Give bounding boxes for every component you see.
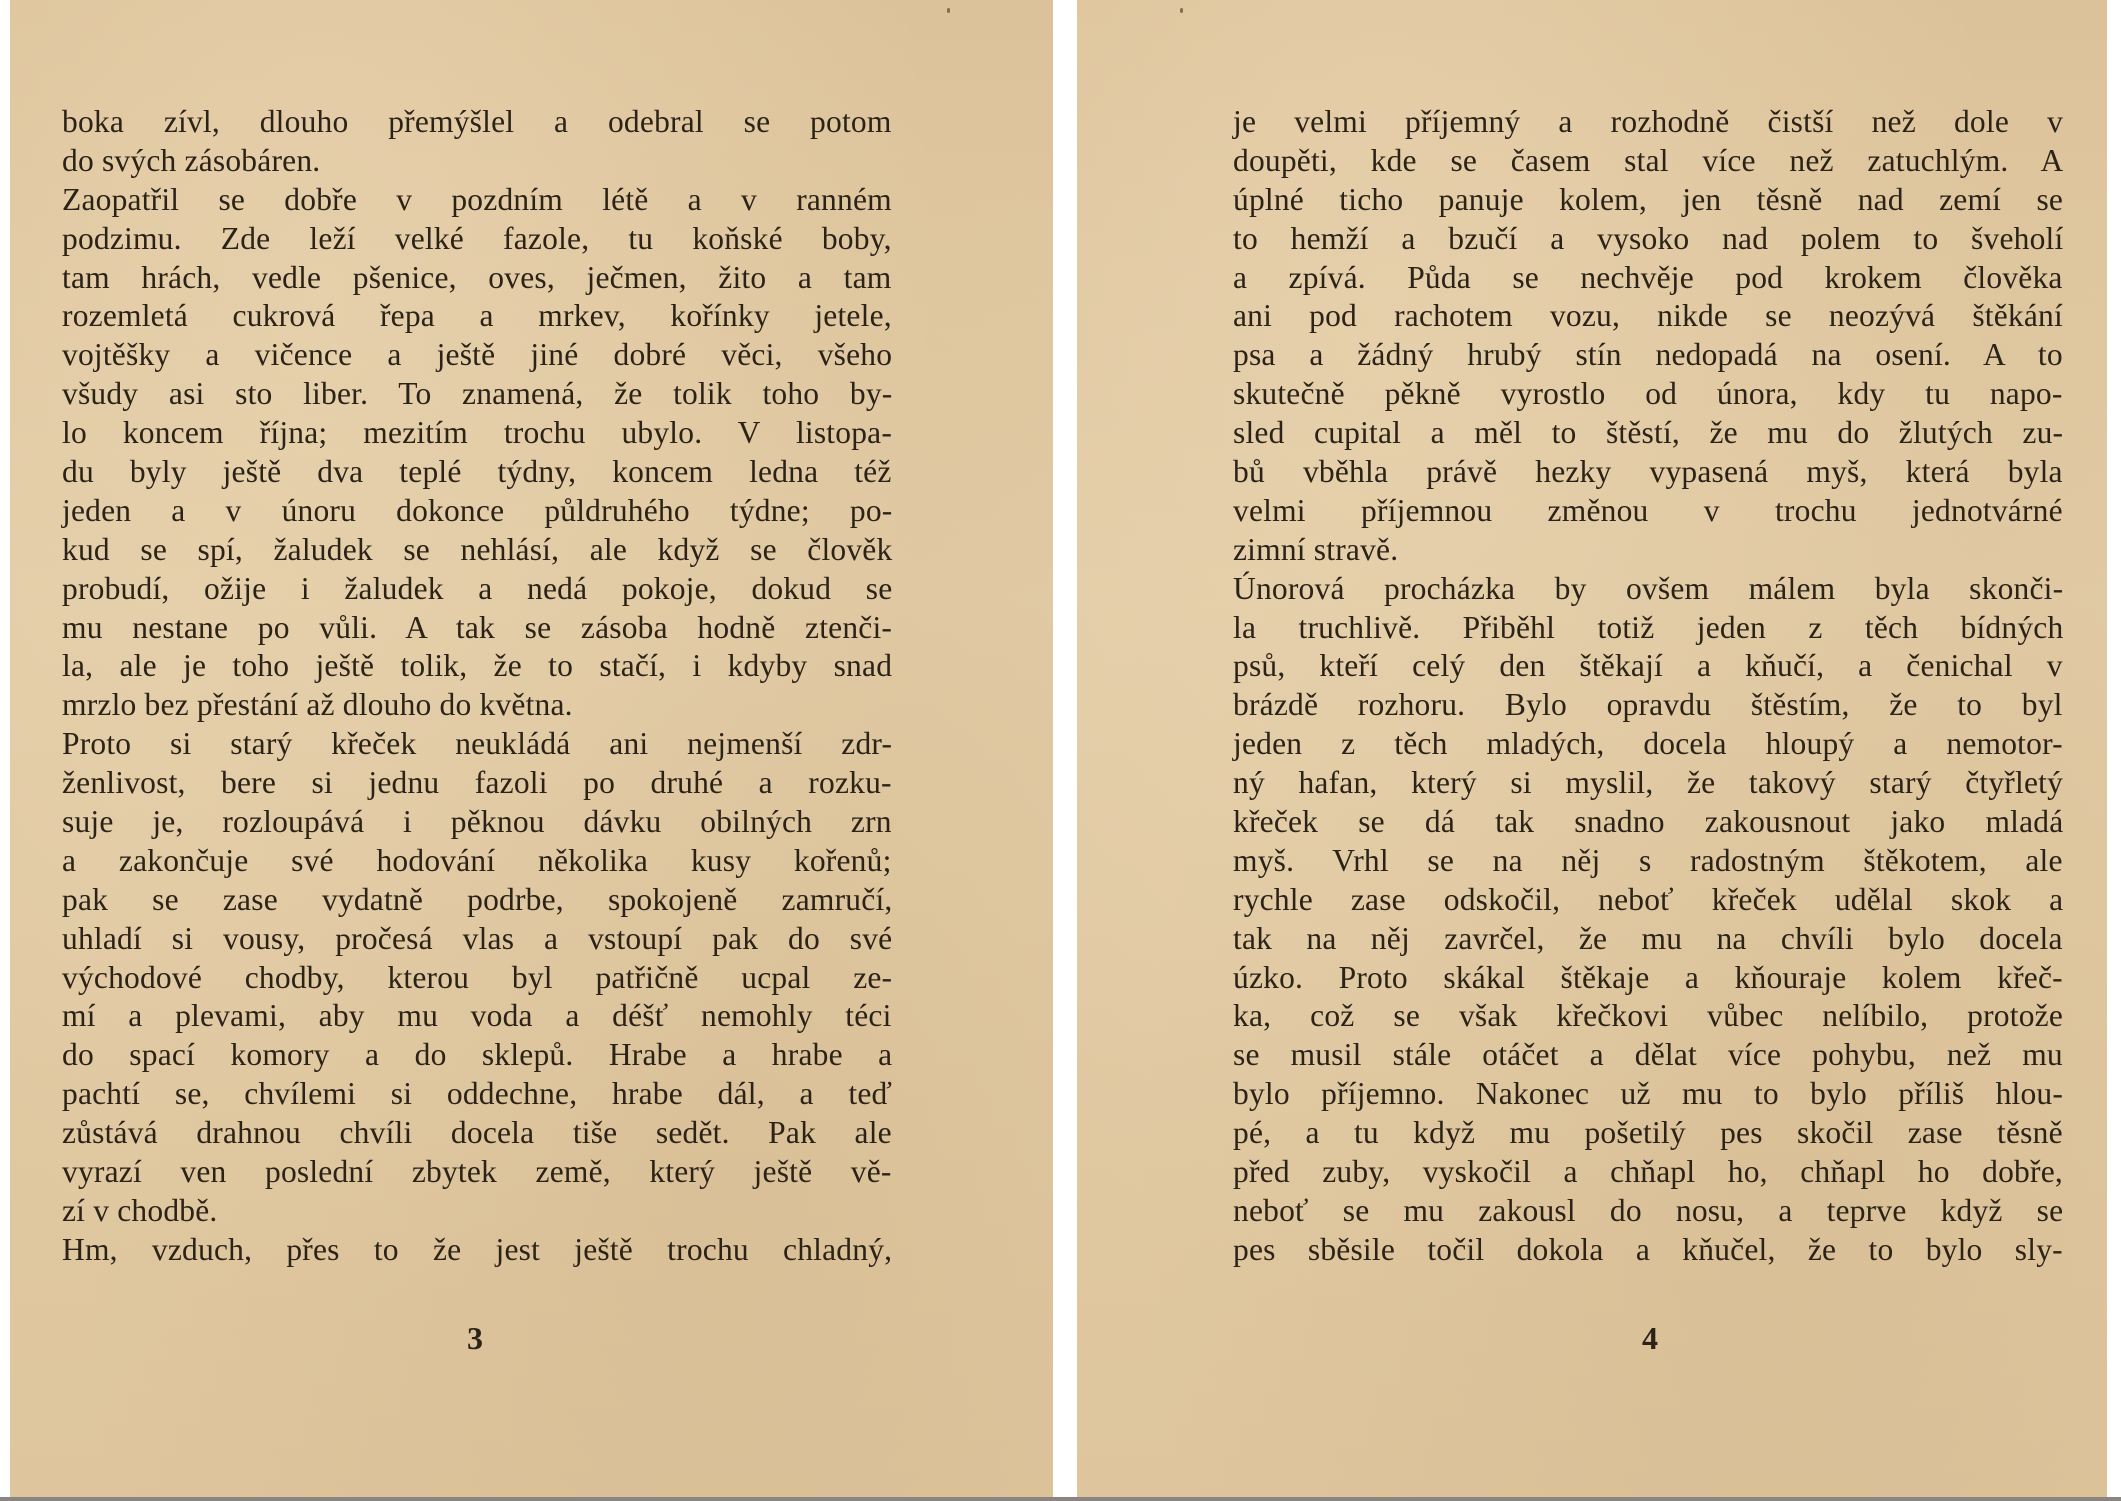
- text-line: zí v chodbě.: [62, 1192, 892, 1231]
- text-line: ženlivost, bere si jednu fazoli po druhé…: [62, 764, 892, 803]
- text-line: probudí, ožije i žaludek a nedá pokoje, …: [62, 570, 892, 609]
- text-line: mí a plevami, aby mu voda a déšť nemohly…: [62, 997, 892, 1036]
- text-line: pachtí se, chvílemi si oddechne, hrabe d…: [62, 1075, 892, 1114]
- text-line: ani pod rachotem vozu, nikde se neozývá …: [1233, 297, 2063, 336]
- text-line: a zakončuje své hodování několika kusy k…: [62, 842, 892, 881]
- text-line: do spací komory a do sklepů. Hrabe a hra…: [62, 1036, 892, 1075]
- text-line: psů, kteří celý den štěkají a kňučí, a č…: [1233, 647, 2063, 686]
- text-line: vyrazí ven poslední zbytek země, který j…: [62, 1153, 892, 1192]
- text-line: lo koncem října; mezitím trochu ubylo. V…: [62, 414, 892, 453]
- text-line: pak se zase vydatně podrbe, spokojeně za…: [62, 881, 892, 920]
- text-line: bů vběhla právě hezky vypasená myš, kter…: [1233, 453, 2063, 492]
- text-line: rozemletá cukrová řepa a mrkev, kořínky …: [62, 297, 892, 336]
- text-line: boka zívl, dlouho přemýšlel a odebral se…: [62, 103, 892, 142]
- text-line: brázdě rozhoru. Bylo opravdu štěstím, že…: [1233, 686, 2063, 725]
- text-line: Únorová procházka by ovšem málem byla sk…: [1233, 570, 2063, 609]
- text-line: křeček se dá tak snadno zakousnout jako …: [1233, 803, 2063, 842]
- text-line: pes sběsile točil dokola a kňučel, že to…: [1233, 1231, 2063, 1270]
- text-line: mrzlo bez přestání až dlouho do května.: [62, 686, 892, 725]
- text-line: jeden z těch mladých, docela hloupý a ne…: [1233, 725, 2063, 764]
- right-page: je velmi příjemný a rozhodně čistší než …: [1077, 0, 2107, 1497]
- text-line: psa a žádný hrubý stín nedopadá na osení…: [1233, 336, 2063, 375]
- text-line: tak na něj zavrčel, že mu na chvíli bylo…: [1233, 920, 2063, 959]
- text-line: zůstává drahnou chvíli docela tiše sedět…: [62, 1114, 892, 1153]
- text-line: la, ale je toho ještě tolik, že to stačí…: [62, 647, 892, 686]
- text-line: ka, což se však křečkovi vůbec nelíbilo,…: [1233, 997, 2063, 1036]
- text-line: je velmi příjemný a rozhodně čistší než …: [1233, 103, 2063, 142]
- text-line: doupěti, kde se časem stal více než zatu…: [1233, 142, 2063, 181]
- page-number-left: 3: [445, 1320, 505, 1357]
- text-line: ný hafan, který si myslil, že takový sta…: [1233, 764, 2063, 803]
- ink-speck: [1180, 8, 1183, 13]
- page-number-right: 4: [1620, 1320, 1680, 1357]
- text-line: bylo příjemno. Nakonec už mu to bylo pří…: [1233, 1075, 2063, 1114]
- text-line: velmi příjemnou změnou v trochu jednotvá…: [1233, 492, 2063, 531]
- text-line: mu nestane po vůli. A tak se zásoba hodn…: [62, 609, 892, 648]
- text-line: se musil stále otáčet a dělat více pohyb…: [1233, 1036, 2063, 1075]
- text-line: la truchlivě. Přiběhl totiž jeden z těch…: [1233, 609, 2063, 648]
- text-line: kud se spí, žaludek se nehlásí, ale když…: [62, 531, 892, 570]
- text-line: skutečně pěkně vyrostlo od února, kdy tu…: [1233, 375, 2063, 414]
- text-line: tam hrách, vedle pšenice, oves, ječmen, …: [62, 259, 892, 298]
- text-line: sled cupital a měl to štěstí, že mu do ž…: [1233, 414, 2063, 453]
- text-line: všudy asi sto liber. To znamená, že toli…: [62, 375, 892, 414]
- text-line: neboť se mu zakousl do nosu, a teprve kd…: [1233, 1192, 2063, 1231]
- left-page-text: boka zívl, dlouho přemýšlel a odebral se…: [62, 103, 892, 1270]
- text-line: do svých zásobáren.: [62, 142, 892, 181]
- text-line: uhladí si vousy, pročesá vlas a vstoupí …: [62, 920, 892, 959]
- text-line: rychle zase odskočil, neboť křeček uděla…: [1233, 881, 2063, 920]
- ink-speck: [947, 8, 950, 13]
- text-line: suje je, rozloupává i pěknou dávku obiln…: [62, 803, 892, 842]
- text-line: východové chodby, kterou byl patřičně uc…: [62, 959, 892, 998]
- text-line: Hm, vzduch, přes to že jest ještě trochu…: [62, 1231, 892, 1270]
- text-line: vojtěšky a vičence a ještě jiné dobré vě…: [62, 336, 892, 375]
- text-line: Zaopatřil se dobře v pozdním létě a v ra…: [62, 181, 892, 220]
- right-page-text: je velmi příjemný a rozhodně čistší než …: [1233, 103, 2063, 1270]
- text-line: úplné ticho panuje kolem, jen těsně nad …: [1233, 181, 2063, 220]
- text-line: pé, a tu když mu pošetilý pes skočil zas…: [1233, 1114, 2063, 1153]
- text-line: zimní stravě.: [1233, 531, 2063, 570]
- text-line: myš. Vrhl se na něj s radostným štěkotem…: [1233, 842, 2063, 881]
- scan-bottom-edge: [0, 1497, 2121, 1501]
- text-line: a zpívá. Půda se nechvěje pod krokem člo…: [1233, 259, 2063, 298]
- text-line: to hemží a bzučí a vysoko nad polem to š…: [1233, 220, 2063, 259]
- left-page: boka zívl, dlouho přemýšlel a odebral se…: [10, 0, 1053, 1497]
- text-line: du byly ještě dva teplé týdny, koncem le…: [62, 453, 892, 492]
- text-line: Proto si starý křeček neukládá ani nejme…: [62, 725, 892, 764]
- text-line: úzko. Proto skákal štěkaje a kňouraje ko…: [1233, 959, 2063, 998]
- text-line: podzimu. Zde leží velké fazole, tu koňsk…: [62, 220, 892, 259]
- text-line: jeden a v únoru dokonce půldruhého týdne…: [62, 492, 892, 531]
- book-spread: boka zívl, dlouho přemýšlel a odebral se…: [0, 0, 2121, 1501]
- text-line: před zuby, vyskočil a chňapl ho, chňapl …: [1233, 1153, 2063, 1192]
